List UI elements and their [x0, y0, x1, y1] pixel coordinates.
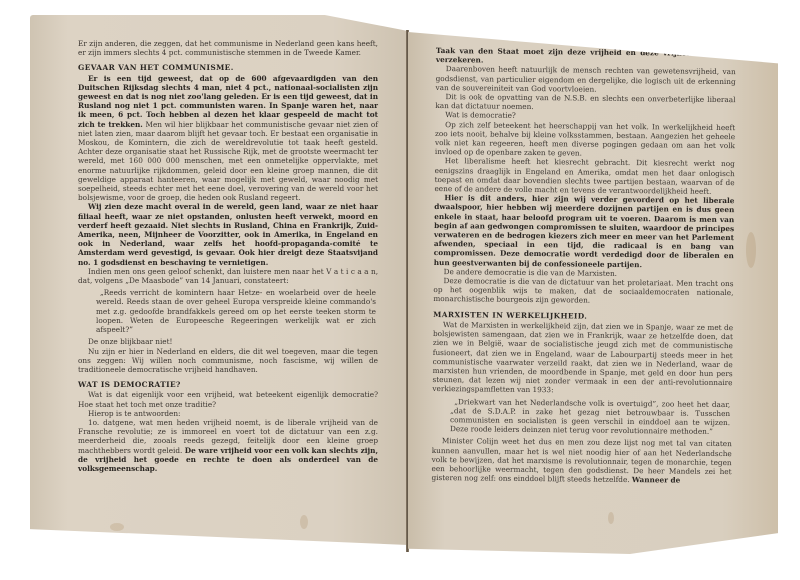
regular-text: Minister Colijn weet het dus en men zou …	[431, 436, 731, 484]
paragraph: Er is een tijd geweest, dat op de 600 af…	[78, 74, 378, 203]
paragraph: Hier is dit anders, hier zijn wij verder…	[434, 193, 735, 270]
paragraph: Deze democratie is die van de dictatuur …	[433, 276, 733, 307]
spaced-text: V a t i c a a n	[326, 267, 376, 276]
left-page-text: Er zijn anderen, die zeggen, dat het com…	[78, 39, 378, 473]
block-quote: „Reeds verricht de komintern haar Hetze-…	[78, 288, 378, 334]
paragraph: Hierop is te antwoorden:	[78, 409, 378, 418]
paragraph: Op zich zelf beteekent het heerschappij …	[435, 120, 735, 160]
paragraph: Daarenboven heeft natuurlijk de mensch r…	[436, 64, 736, 95]
paragraph: Wat de Marxisten in werkelijkheid zijn, …	[432, 320, 733, 397]
paragraph: De onze blijkbaar niet!	[78, 337, 378, 346]
paragraph: Het liberalisme heeft het kiesrecht gebr…	[434, 156, 734, 196]
open-booklet: Er zijn anderen, die zeggen, dat het com…	[0, 0, 800, 580]
section-heading-democratie: WAT IS DEMOCRATIE?	[78, 380, 378, 389]
regular-text: Men wil hier blijkbaar het communistisch…	[78, 120, 378, 203]
paragraph: Nu zijn er hier in Nederland en elders, …	[78, 347, 378, 375]
paragraph: 1o. datgene, wat men heden vrijheid noem…	[78, 418, 378, 473]
right-page: Taak van den Staat moet zijn deze vrijhe…	[408, 32, 778, 554]
section-heading-gevaar: GEVAAR VAN HET COMMUNISME.	[78, 63, 378, 72]
paragraph: Minister Colijn weet het dus en men zou …	[431, 436, 731, 485]
paper-stain	[746, 232, 756, 268]
paper-stain	[110, 523, 124, 531]
paper-stain	[300, 515, 308, 529]
paragraph: Wij zien deze macht overal in de wereld,…	[78, 202, 378, 266]
paragraph: Indien men ons geen geloof schenkt, dan …	[78, 267, 378, 285]
right-page-text: Taak van den Staat moet zijn deze vrijhe…	[431, 46, 736, 485]
left-page: Er zijn anderen, die zeggen, dat het com…	[30, 15, 408, 545]
paragraph: Wat is dat eigenlijk voor een vrijheid, …	[78, 390, 378, 408]
bold-text: Wanneer de	[632, 475, 680, 485]
regular-text: Indien men ons geen geloof schenkt, dan …	[88, 267, 326, 276]
paragraph: Er zijn anderen, die zeggen, dat het com…	[78, 39, 378, 57]
paper-stain	[608, 512, 614, 524]
block-quote: „Driekwart van het Nederlandsche volk is…	[432, 396, 732, 436]
